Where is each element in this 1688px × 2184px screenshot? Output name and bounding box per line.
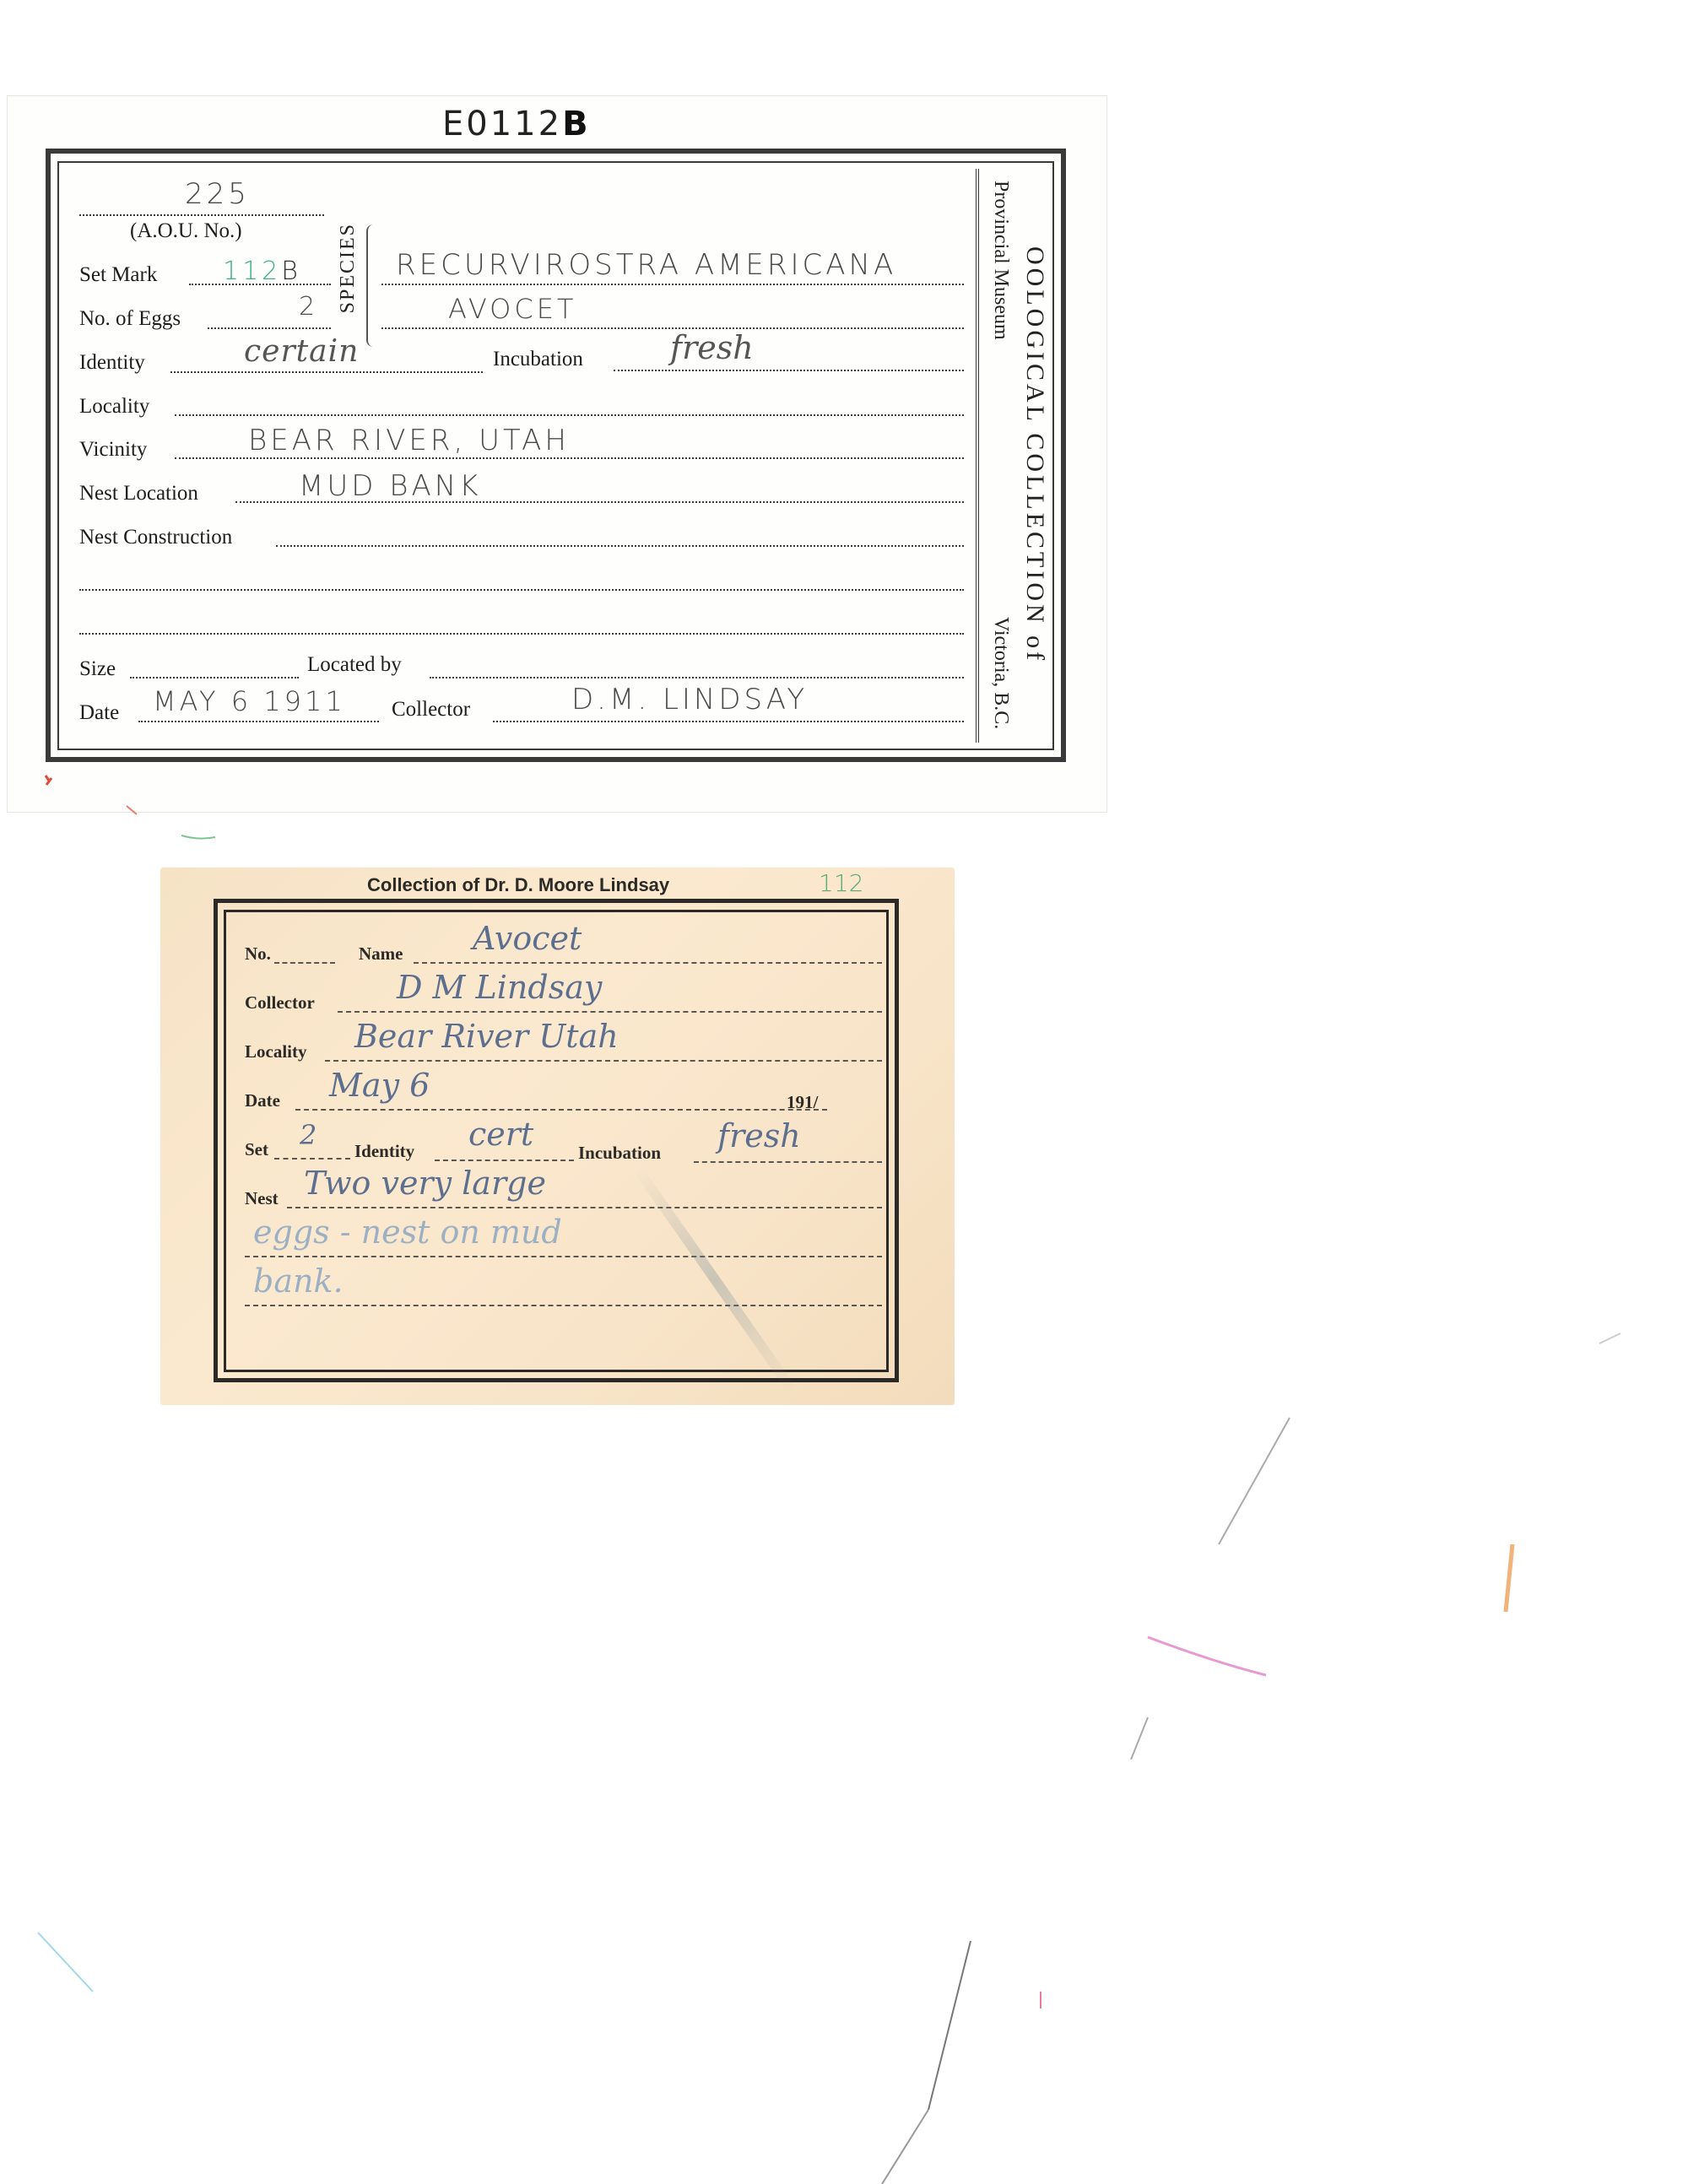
scan-artifacts xyxy=(0,0,1688,2184)
